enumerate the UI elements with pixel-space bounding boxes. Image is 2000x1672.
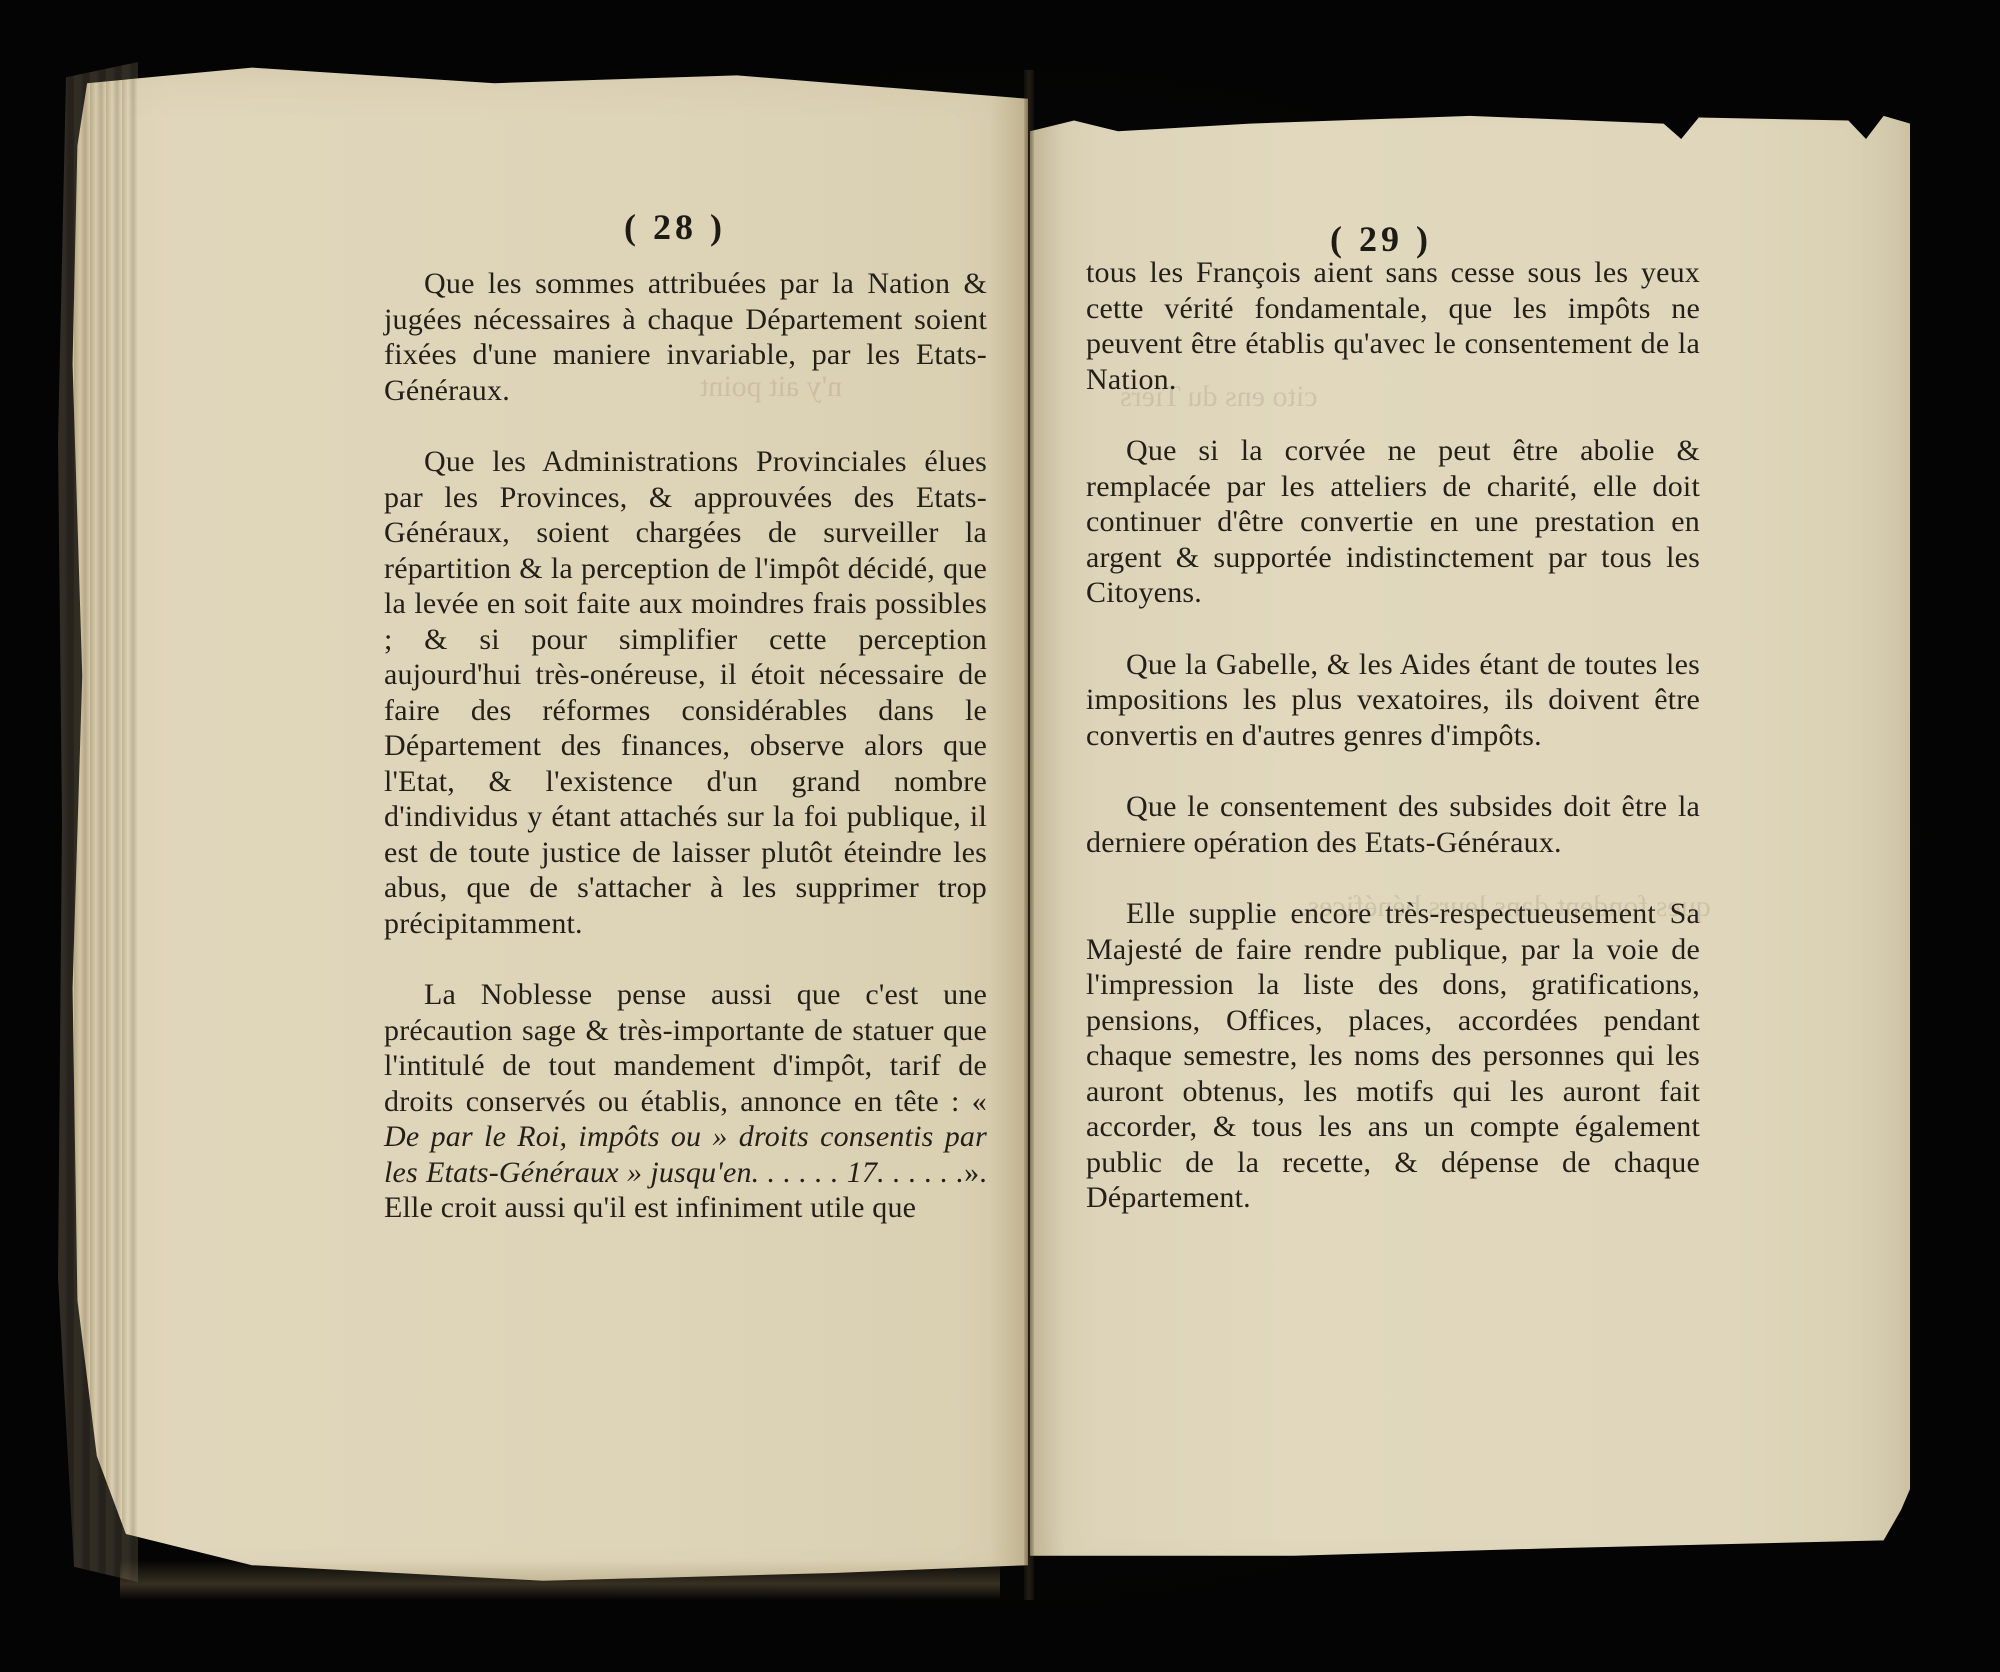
paragraph: Que si la corvée ne peut être abolie & r… — [1086, 433, 1700, 611]
paragraph: Que les sommes attribuées par la Nation … — [384, 266, 987, 408]
right-page-text: tous les François aient sans cesse sous … — [1086, 255, 1700, 1252]
paragraph: Elle supplie encore très-respectueusemen… — [1086, 896, 1700, 1216]
paragraph: Que les Administrations Provinciales élu… — [384, 444, 987, 941]
page-number-28: ( 28 ) — [624, 206, 726, 248]
quoted-formula: De par le Roi, impôts ou » droits consen… — [384, 1120, 987, 1189]
left-page-text: Que les sommes attribuées par la Nation … — [384, 266, 987, 1262]
page-number-29: ( 29 ) — [1330, 218, 1432, 260]
book-gutter — [1024, 70, 1034, 1600]
water-stain — [120, 1560, 1000, 1600]
left-page-fore-edge — [58, 62, 138, 1582]
paragraph-text: La Noblesse pense aussi que c'est une pr… — [384, 978, 987, 1118]
paragraph: Que la Gabelle, & les Aides étant de tou… — [1086, 647, 1700, 754]
paragraph: Que le consentement des subsides doit êt… — [1086, 789, 1700, 860]
paragraph-noblesse: La Noblesse pense aussi que c'est une pr… — [384, 977, 987, 1226]
paragraph-continuation: tous les François aient sans cesse sous … — [1086, 255, 1700, 397]
